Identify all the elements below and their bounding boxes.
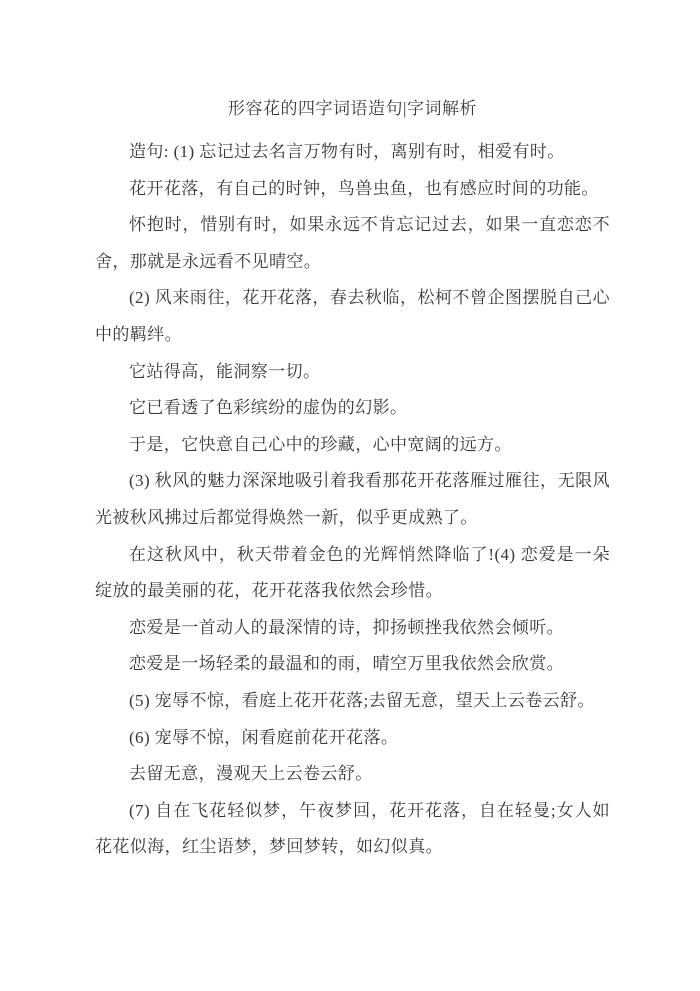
paragraph: 于是，它快意自己心中的珍藏，心中宽阔的远方。 xyxy=(95,427,610,464)
paragraph: 花开花落，有自己的时钟，鸟兽虫鱼，也有感应时间的功能。 xyxy=(95,171,610,208)
paragraph: (7) 自在飞花轻似梦，午夜梦回，花开花落，自在轻曼;女人如花花似海，红尘语梦，… xyxy=(95,793,610,866)
paragraph: (5) 宠辱不惊，看庭上花开花落;去留无意，望天上云卷云舒。 xyxy=(95,683,610,720)
paragraph: 造句: (1) 忘记过去名言万物有时，离别有时，相爱有时。 xyxy=(95,134,610,171)
paragraph: 恋爱是一场轻柔的最温和的雨，晴空万里我依然会欣赏。 xyxy=(95,646,610,683)
paragraph: 怀抱时，惜别有时，如果永远不肯忘记过去，如果一直恋恋不舍，那就是永远看不见晴空。 xyxy=(95,207,610,280)
paragraph: (6) 宠辱不惊，闲看庭前花开花落。 xyxy=(95,720,610,757)
document-body: 造句: (1) 忘记过去名言万物有时，离别有时，相爱有时。花开花落，有自己的时钟… xyxy=(95,134,610,866)
document-page: 形容花的四字词语造句|字词解析 造句: (1) 忘记过去名言万物有时，离别有时，… xyxy=(0,0,700,991)
paragraph: 它已看透了色彩缤纷的虚伪的幻影。 xyxy=(95,390,610,427)
page-title: 形容花的四字词语造句|字词解析 xyxy=(95,97,610,121)
paragraph: (3) 秋风的魅力深深地吸引着我看那花开花落雁过雁往，无限风光被秋风拂过后都觉得… xyxy=(95,463,610,536)
paragraph: (2) 风来雨往，花开花落，春去秋临，松柯不曾企图摆脱自己心中的羁绊。 xyxy=(95,280,610,353)
paragraph: 去留无意，漫观天上云卷云舒。 xyxy=(95,756,610,793)
paragraph: 恋爱是一首动人的最深情的诗，抑扬顿挫我依然会倾听。 xyxy=(95,610,610,647)
paragraph: 它站得高，能洞察一切。 xyxy=(95,354,610,391)
paragraph: 在这秋风中，秋天带着金色的光辉悄然降临了!(4) 恋爱是一朵绽放的最美丽的花，花… xyxy=(95,537,610,610)
